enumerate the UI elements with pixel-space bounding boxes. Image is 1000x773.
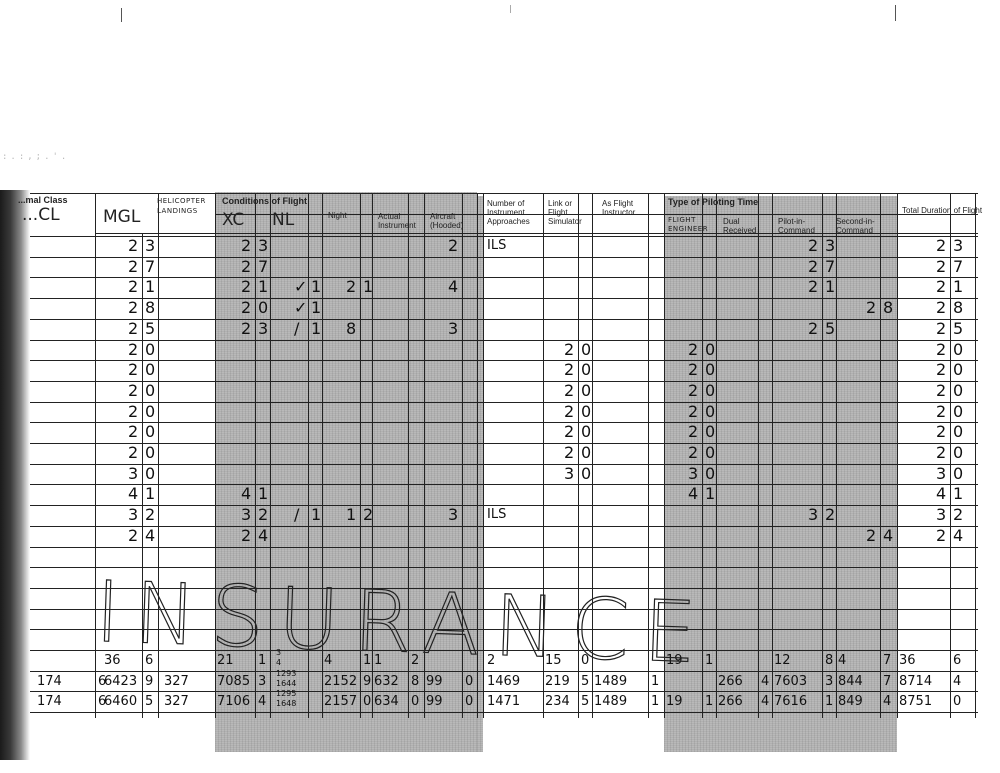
mgl-hours: 2 [128,404,138,420]
grid-line [30,443,978,444]
header-sic: Second-in-Command [836,217,891,235]
flight-engineer-hours: 2 [688,445,698,461]
hooded-total-hours: 99 [426,674,443,690]
flight-engineer-tenths: 0 [705,466,715,482]
header-pic: Pilot-in-Command [778,217,828,235]
xc-hours: 2 [241,259,251,275]
dual-total-hours: 266 [718,694,743,710]
approaches-total: 1469 [487,674,520,690]
total-tenths: 3 [953,238,963,254]
header-total-duration: Total Duration of Flight [902,206,997,215]
nl-tenths: 1 [311,321,321,337]
mgl-tenths: 0 [145,404,155,420]
grid-line [30,360,978,361]
pic-hours: 2 [808,259,818,275]
header-flight-instructor: As Flight Instructor [602,199,647,217]
total-tenths: 0 [953,362,963,378]
grid-line [836,193,837,718]
nl-hours: ✓ [294,300,307,316]
heli-total: 327 [164,674,189,690]
approach-type: ILS [487,507,506,523]
mgl-hours: 3 [128,466,138,482]
simulator-tenths: 0 [581,383,591,399]
nl-tenths: 1 [311,279,321,295]
xc-hours: 4 [241,486,251,502]
xc-total-hours: 7085 [217,674,250,690]
hooded-total-hours: 99 [426,694,443,710]
approaches-total: 1471 [487,694,520,710]
total-tenths: 7 [953,259,963,275]
total-hours: 4 [936,486,946,502]
sim-total-hours: 234 [545,694,570,710]
mgl-tenths: 7 [145,259,155,275]
grid-line [30,340,978,341]
grid-line [897,193,898,718]
sic-total-tenths: 7 [883,653,891,669]
simulator-tenths: 0 [581,404,591,420]
total-hours: 2 [936,445,946,461]
xc-hours: 2 [241,528,251,544]
flight-engineer-tenths: 0 [705,445,715,461]
grid-line [30,464,978,465]
xc-tenths: 1 [258,486,268,502]
mgl-hours: 2 [128,528,138,544]
actual-total-tenths: 8 [411,674,419,690]
grid-line [30,505,978,506]
mgl-tenths: 8 [145,300,155,316]
mgl-hours: 2 [128,300,138,316]
header-flight-engineer: FLIGHT ENGINEER [668,216,716,234]
grid-line [822,193,823,718]
nl-total-numerator: 1293 [276,670,296,678]
nl-tenths: 1 [311,507,321,523]
total-hours: 2 [936,404,946,420]
mgl-tenths: 0 [145,424,155,440]
total-hours: 2 [936,383,946,399]
grid-line [975,193,976,718]
header-helicopter-landings: HELICOPTER LANDINGS [157,196,215,216]
actual-total-tenths: 0 [411,694,419,710]
total-tenths: 5 [953,321,963,337]
hooded-total-tenths: 0 [465,674,473,690]
total-hours: 2 [936,238,946,254]
mgl-tenths: 1 [145,279,155,295]
grid-line [880,193,881,718]
hooded-hours: 3 [448,507,458,523]
mgl-hours: 2 [128,342,138,358]
total-tenths: 0 [953,383,963,399]
sic-total-hours: 844 [838,674,863,690]
total-tenths: 1 [953,279,963,295]
total-hours: 2 [936,259,946,275]
xc-hours: 2 [241,321,251,337]
heli-total: 327 [164,694,189,710]
night-total-hours: 2157 [324,694,357,710]
grid-line [30,381,978,382]
xc-hours: 2 [241,279,251,295]
xc-tenths: 1 [258,279,268,295]
mgl-hours: 2 [128,321,138,337]
total-hours: 2 [936,528,946,544]
sic-total-hours: 4 [838,653,846,669]
flight-engineer-tenths: 0 [705,383,715,399]
xc-hours: 2 [241,238,251,254]
pic-total-tenths: 8 [825,653,833,669]
pic-tenths: 1 [825,279,835,295]
xc-total-hours: 7106 [217,694,250,710]
header-class-group: ...mal Class [18,196,68,205]
flight-engineer-tenths: 1 [705,486,715,502]
grand-total-tenths: 0 [953,694,961,710]
grand-total-tenths: 6 [953,653,961,669]
grand-total-hours: 8714 [899,674,932,690]
grid-line [30,712,978,713]
xc-total-tenths: 3 [258,674,266,690]
simulator-tenths: 0 [581,342,591,358]
header-actual-instrument: Actual Instrument [378,212,426,230]
grid-line [30,402,978,403]
header-link-simulator: Link or Flight Simulator [548,199,593,226]
night-total-tenths: 9 [363,674,371,690]
asel-total-hours: 174 [37,694,62,710]
grid-line [950,193,951,718]
flight-engineer-hours: 2 [688,424,698,440]
pic-hours: 2 [808,279,818,295]
flight-engineer-tenths: 0 [705,404,715,420]
grid-line [30,319,978,320]
sic-total-tenths: 7 [883,674,891,690]
xc-tenths: 3 [258,238,268,254]
simulator-hours: 2 [564,445,574,461]
mgl-tenths: 0 [145,383,155,399]
nl-total-denominator: 1644 [276,680,296,688]
mgl-tenths: 3 [145,238,155,254]
grid-line [30,422,978,423]
total-hours: 3 [936,466,946,482]
dual-total-tenths: 4 [761,694,769,710]
nl-hours: / [294,507,299,523]
night-tenths: 2 [363,507,373,523]
mgl-hours: 2 [128,259,138,275]
simulator-tenths: 0 [581,445,591,461]
nl-hours: / [294,321,299,337]
total-tenths: 0 [953,466,963,482]
xc-tenths: 4 [258,528,268,544]
night-hours: 8 [346,321,356,337]
mgl-tenths: 1 [145,486,155,502]
mgl-tenths: 2 [145,507,155,523]
asel-total-hours: 174 [37,674,62,690]
sic-tenths: 4 [883,528,893,544]
sic-hours: 2 [866,528,876,544]
simulator-tenths: 0 [581,424,591,440]
approach-type: ILS [487,238,506,254]
actual-total-hours: 632 [374,674,399,690]
header-asel: ...CL [22,205,60,225]
mgl-tenths: 0 [145,445,155,461]
header-helicopter-landings-text: HELICOPTER LANDINGS [157,197,206,215]
cfi-total-hours: 1489 [594,694,627,710]
grand-total-hours: 36 [899,653,916,669]
simulator-hours: 2 [564,383,574,399]
mgl-total-tenths: 5 [145,694,153,710]
flight-engineer-hours: 2 [688,404,698,420]
sic-total-hours: 849 [838,694,863,710]
xc-total-tenths: 4 [258,694,266,710]
pic-hours: 3 [808,507,818,523]
night-hours: 1 [346,507,356,523]
nl-hours: ✓ [294,279,307,295]
mgl-hours: 2 [128,424,138,440]
xc-hours: 3 [241,507,251,523]
total-tenths: 0 [953,424,963,440]
mgl-hours: 2 [128,445,138,461]
nl-total-denominator: 1648 [276,700,296,708]
header-aircraft-hooded: Aircraft (Hooded) [430,212,475,230]
pic-tenths: 5 [825,321,835,337]
total-hours: 2 [936,362,946,378]
total-tenths: 2 [953,507,963,523]
flight-engineer-hours: 2 [688,383,698,399]
total-tenths: 0 [953,404,963,420]
grid-line [30,257,978,258]
simulator-hours: 2 [564,342,574,358]
mgl-tenths: 0 [145,362,155,378]
mgl-tenths: 5 [145,321,155,337]
grid-line [30,298,978,299]
total-tenths: 8 [953,300,963,316]
flight-engineer-tenths: 0 [705,424,715,440]
pic-hours: 2 [808,321,818,337]
total-tenths: 0 [953,342,963,358]
xc-tenths: 0 [258,300,268,316]
mgl-hours: 2 [128,383,138,399]
total-tenths: 1 [953,486,963,502]
sic-total-tenths: 4 [883,694,891,710]
header-dual-received: Dual Received [723,217,771,235]
hooded-hours: 4 [448,279,458,295]
sic-hours: 2 [866,300,876,316]
grand-total-hours: 8751 [899,694,932,710]
grand-total-tenths: 4 [953,674,961,690]
mgl-hours: 2 [128,279,138,295]
header-piloting-group: Type of Piloting Time [668,198,758,207]
pic-tenths: 2 [825,507,835,523]
total-hours: 2 [936,321,946,337]
flight-engineer-hours: 4 [688,486,698,502]
total-hours: 2 [936,424,946,440]
hooded-hours: 3 [448,321,458,337]
pic-total-tenths: 1 [825,694,833,710]
mgl-hours: 4 [128,486,138,502]
header-conditions-group: Conditions of Flight [222,197,307,206]
grid-line [30,484,978,485]
xc-hours: 2 [241,300,251,316]
xc-tenths: 3 [258,321,268,337]
grid-line [30,526,978,527]
night-total-hours: 2152 [324,674,357,690]
xc-tenths: 2 [258,507,268,523]
pic-total-tenths: 3 [825,674,833,690]
actual-total-hours: 634 [374,694,399,710]
mgl-hours: 2 [128,362,138,378]
flight-engineer-tenths: 0 [705,362,715,378]
nl-total-numerator: 1295 [276,690,296,698]
mgl-hours: 2 [128,238,138,254]
sim-total-tenths: 5 [581,694,589,710]
mgl-total-tenths: 9 [145,674,153,690]
total-tenths: 0 [953,445,963,461]
night-tenths: 1 [363,279,373,295]
total-hours: 2 [936,279,946,295]
simulator-hours: 2 [564,424,574,440]
pic-tenths: 7 [825,259,835,275]
header-nl: NL [272,210,294,230]
xc-tenths: 7 [258,259,268,275]
mgl-tenths: 0 [145,342,155,358]
hooded-total-tenths: 0 [465,694,473,710]
total-hours: 2 [936,342,946,358]
flight-engineer-tenths: 0 [705,342,715,358]
pic-total-hours: 7616 [774,694,807,710]
nl-tenths: 1 [311,300,321,316]
simulator-tenths: 0 [581,362,591,378]
mgl-total-hours: 6423 [104,674,137,690]
grid-line [30,547,978,548]
simulator-tenths: 0 [581,466,591,482]
mgl-total-hours: 6460 [104,694,137,710]
flight-engineer-hours: 2 [688,362,698,378]
mgl-tenths: 4 [145,528,155,544]
simulator-hours: 3 [564,466,574,482]
night-hours: 2 [346,279,356,295]
pic-tenths: 3 [825,238,835,254]
header-instrument-approaches: Number of Instrument Approaches [487,199,542,226]
total-tenths: 4 [953,528,963,544]
sic-tenths: 8 [883,300,893,316]
mgl-tenths: 0 [145,466,155,482]
header-xc: XC [222,210,244,230]
grid-line [30,277,978,278]
simulator-hours: 2 [564,404,574,420]
flight-engineer-hours: 3 [688,466,698,482]
mgl-hours: 3 [128,507,138,523]
total-hours: 3 [936,507,946,523]
grid-line [30,691,978,692]
header-mgl: MGL [103,207,140,227]
fe-total-hours: 19 [666,694,683,710]
header-night: Night [328,211,347,220]
flight-engineer-hours: 2 [688,342,698,358]
simulator-hours: 2 [564,362,574,378]
cfi-total-tenths: 1 [651,694,659,710]
pic-hours: 2 [808,238,818,254]
fe-total-tenths: 1 [705,694,713,710]
night-total-tenths: 0 [363,694,371,710]
grid-line [30,236,978,237]
hooded-hours: 2 [448,238,458,254]
total-hours: 2 [936,300,946,316]
